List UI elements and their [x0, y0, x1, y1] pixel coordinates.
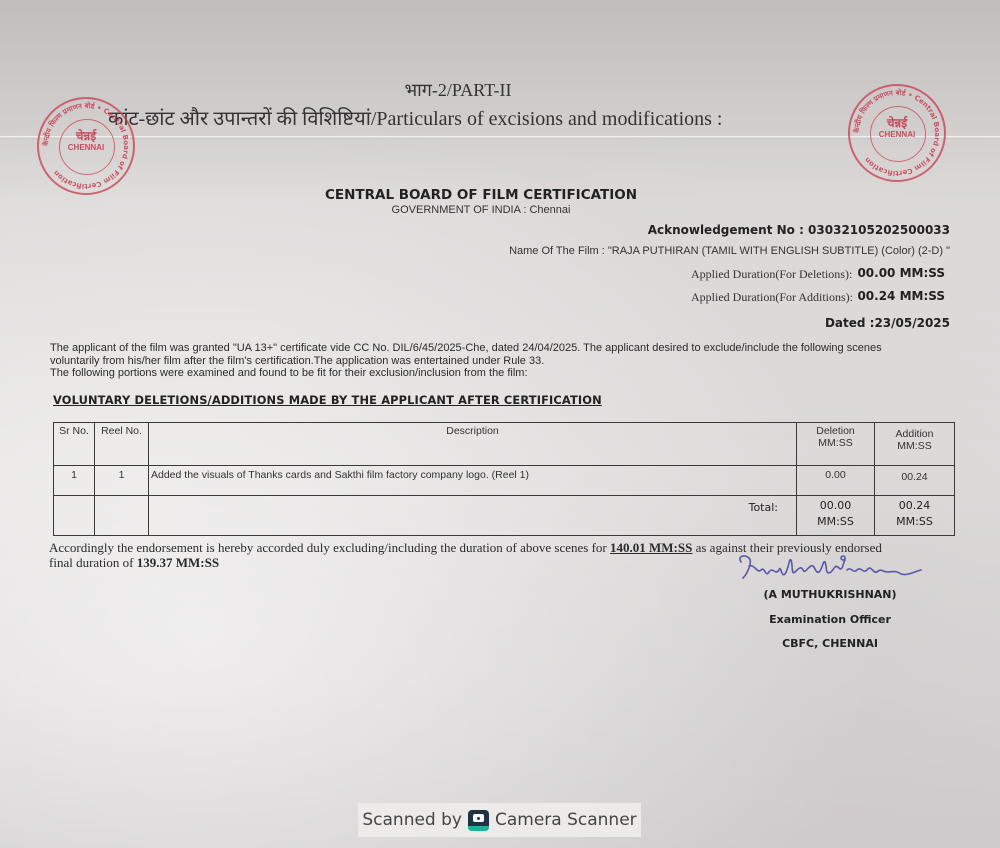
- officer-designation: Examination Officer: [740, 613, 920, 626]
- applied-deletions-label: Applied Duration(For Deletions):: [691, 267, 852, 282]
- total-label: Total:: [149, 496, 797, 536]
- cell-empty: [54, 496, 95, 536]
- endorsement-text-part: final duration of: [49, 555, 137, 570]
- cell-description: Added the visuals of Thanks cards and Sa…: [149, 466, 797, 496]
- total-addition-value: 00.24: [875, 498, 954, 514]
- header-reel-no: Reel No.: [95, 423, 149, 466]
- header-sr-no: Sr No.: [54, 423, 95, 466]
- stamp-city-text: CHENNAI: [850, 130, 944, 139]
- header-addition-line1: Addition: [875, 428, 954, 440]
- part-subtitle: कांट-छांट और उपान्तरों की विशिष्टियां/Pa…: [108, 104, 722, 131]
- stamp-city-text: CHENNAI: [39, 143, 133, 152]
- total-addition: 00.24 MM:SS: [875, 496, 955, 536]
- header-deletion-line1: Deletion: [797, 425, 874, 437]
- excisions-table: Sr No. Reel No. Description Deletion MM:…: [53, 422, 955, 536]
- endorsement-text-part: Accordingly the endorsement is hereby ac…: [49, 540, 610, 555]
- new-duration: 140.01 MM:SS: [610, 540, 692, 555]
- section-heading: VOLUNTARY DELETIONS/ADDITIONS MADE BY TH…: [53, 393, 602, 407]
- signature-icon: [735, 552, 930, 586]
- table-header-row: Sr No. Reel No. Description Deletion MM:…: [54, 423, 955, 466]
- film-name: Name Of The Film : "RAJA PUTHIRAN (TAMIL…: [509, 245, 950, 257]
- organization-subtitle: GOVERNMENT OF INDIA : Chennai: [0, 204, 962, 216]
- header-description: Description: [149, 423, 797, 466]
- camera-scanner-icon: [468, 810, 489, 831]
- organization-title: CENTRAL BOARD OF FILM CERTIFICATION: [0, 187, 962, 203]
- acknowledgement-number: Acknowledgement No : 03032105202500033: [648, 223, 950, 237]
- header-addition: Addition MM:SS: [875, 423, 955, 466]
- officer-office: CBFC, CHENNAI: [740, 637, 920, 650]
- applied-deletions-value: 00.00 MM:SS: [857, 266, 945, 280]
- watermark-prefix: Scanned by: [362, 810, 462, 830]
- officer-name: (A MUTHUKRISHNAN): [740, 588, 920, 601]
- watermark-app-name: Camera Scanner: [495, 810, 637, 830]
- total-deletion-value: 00.00: [797, 498, 874, 514]
- table-row: 1 1 Added the visuals of Thanks cards an…: [54, 466, 955, 496]
- scanner-watermark: Scanned by Camera Scanner: [358, 803, 641, 837]
- header-deletion: Deletion MM:SS: [797, 423, 875, 466]
- total-addition-unit: MM:SS: [875, 514, 954, 530]
- header-deletion-line2: MM:SS: [797, 437, 874, 449]
- previous-duration: 139.37 MM:SS: [137, 555, 219, 570]
- cell-sr-no: 1: [54, 466, 95, 496]
- cell-addition: 00.24: [875, 466, 955, 496]
- dated: Dated :23/05/2025: [825, 316, 950, 330]
- certificate-paragraph: The applicant of the film was granted "U…: [50, 342, 960, 380]
- total-deletion-unit: MM:SS: [797, 514, 874, 530]
- part-title: भाग-2/PART-II: [0, 78, 916, 102]
- total-deletion: 00.00 MM:SS: [797, 496, 875, 536]
- stamp-hindi-text: चेन्नई: [39, 127, 133, 144]
- table-total-row: Total: 00.00 MM:SS 00.24 MM:SS: [54, 496, 955, 536]
- header-addition-line2: MM:SS: [875, 440, 954, 452]
- cell-reel-no: 1: [95, 466, 149, 496]
- applied-additions-label: Applied Duration(For Additions):: [691, 290, 853, 305]
- cbfc-stamp-right: केन्द्रीय फिल्म प्रमाणन बोर्ड • Central …: [848, 84, 946, 182]
- cbfc-stamp-left: केन्द्रीय फिल्म प्रमाणन बोर्ड • Central …: [37, 97, 135, 195]
- applied-additions-value: 00.24 MM:SS: [857, 289, 945, 303]
- officer-signature: [735, 552, 930, 591]
- cell-deletion: 0.00: [797, 466, 875, 496]
- cell-empty: [95, 496, 149, 536]
- paragraph-line: voluntarily from his/her film after the …: [50, 355, 960, 368]
- paragraph-line: The applicant of the film was granted "U…: [50, 342, 960, 355]
- stamp-hindi-text: चेन्नई: [850, 114, 944, 131]
- paragraph-line: The following portions were examined and…: [50, 367, 960, 380]
